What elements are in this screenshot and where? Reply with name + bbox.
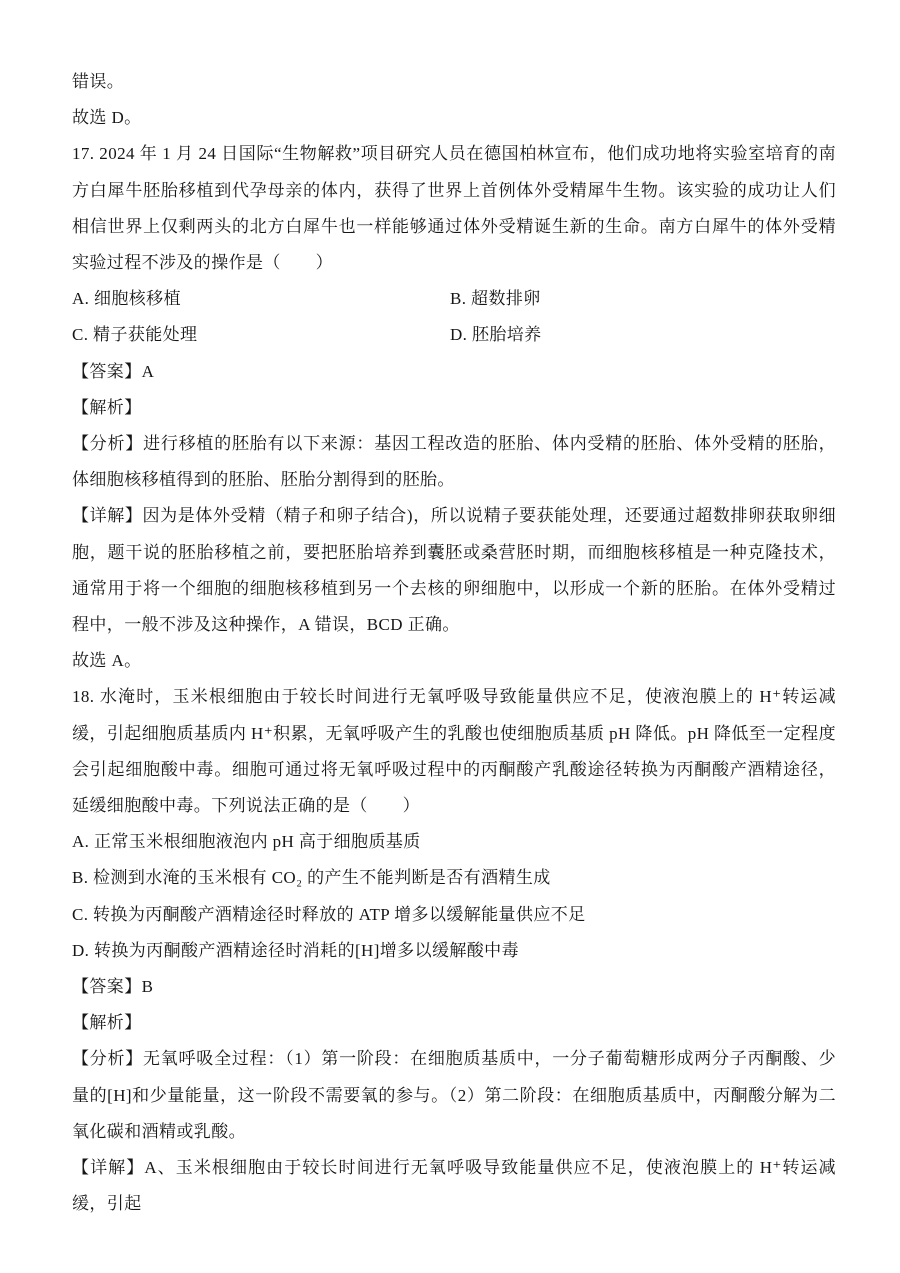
question-17-detail: 【详解】因为是体外受精（精子和卵子结合)，所以说精子要获能处理，还要通过超数排卵…	[72, 498, 836, 643]
question-17-jiexi-label: 【解析】	[72, 390, 836, 426]
question-17-options-row-1: A. 细胞核移植B. 超数排卵	[72, 281, 836, 317]
question-17-option-b: B. 超数排卵	[450, 289, 541, 308]
question-17-stem: 17. 2024 年 1 月 24 日国际“生物解救”项目研究人员在德国柏林宣布…	[72, 136, 836, 281]
question-17-analysis: 【分析】进行移植的胚胎有以下来源：基因工程改造的胚胎、体内受精的胚胎、体外受精的…	[72, 426, 836, 498]
question-18-jiexi-label: 【解析】	[72, 1005, 836, 1041]
question-17-final-answer: 故选 A。	[72, 643, 836, 679]
question-18-option-b: B. 检测到水淹的玉米根有 CO₂ 的产生不能判断是否有酒精生成	[72, 860, 836, 896]
question-18-detail: 【详解】A、玉米根细胞由于较长时间进行无氧呼吸导致能量供应不足，使液泡膜上的 H…	[72, 1150, 836, 1222]
question-18-analysis: 【分析】无氧呼吸全过程：（1）第一阶段：在细胞质基质中，一分子葡萄糖形成两分子丙…	[72, 1041, 836, 1150]
question-17-option-d: D. 胚胎培养	[450, 325, 542, 344]
document-page: 错误。 故选 D。 17. 2024 年 1 月 24 日国际“生物解救”项目研…	[0, 0, 900, 1273]
question-18-option-a: A. 正常玉米根细胞液泡内 pH 高于细胞质基质	[72, 824, 836, 860]
question-18-option-c: C. 转换为丙酮酸产酒精途径时释放的 ATP 增多以缓解能量供应不足	[72, 897, 836, 933]
question-18-option-d: D. 转换为丙酮酸产酒精途径时消耗的[H]增多以缓解酸中毒	[72, 933, 836, 969]
question-16-final-answer: 故选 D。	[72, 100, 836, 136]
question-17-options-row-2: C. 精子获能处理D. 胚胎培养	[72, 317, 836, 353]
question-16-error-tail: 错误。	[72, 64, 836, 100]
question-18-stem: 18. 水淹时，玉米根细胞由于较长时间进行无氧呼吸导致能量供应不足，使液泡膜上的…	[72, 679, 836, 824]
question-17-option-a: A. 细胞核移植	[72, 281, 450, 317]
question-18-answer: 【答案】B	[72, 969, 836, 1005]
question-17-option-c: C. 精子获能处理	[72, 317, 450, 353]
question-17-answer: 【答案】A	[72, 354, 836, 390]
